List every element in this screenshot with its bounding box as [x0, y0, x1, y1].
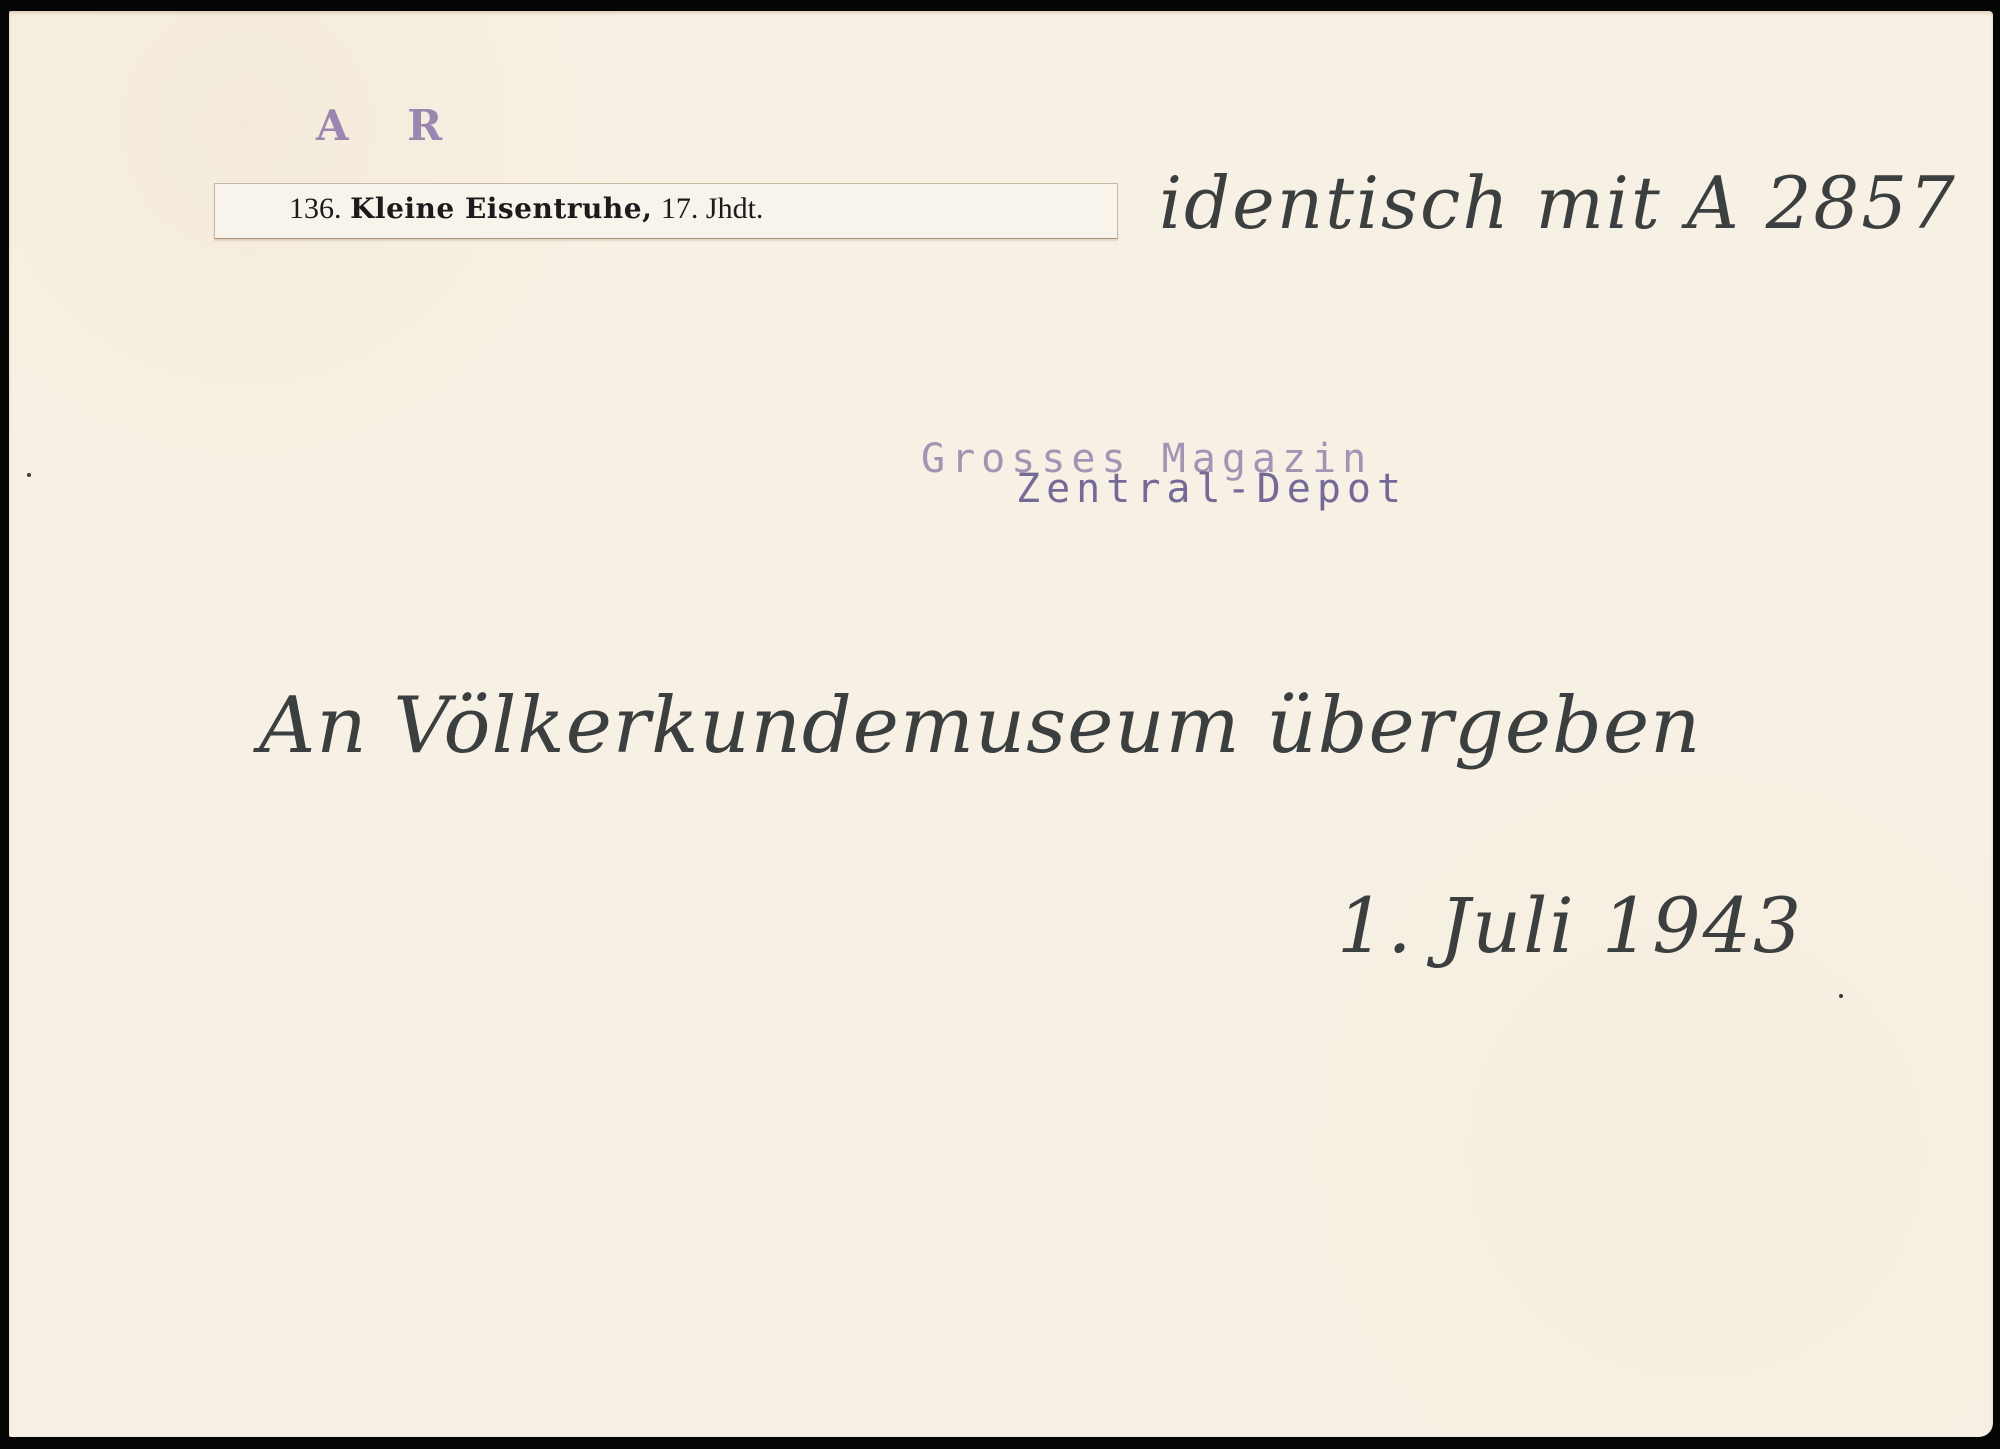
paper-speck: [1839, 994, 1843, 998]
archive-card: A R 136. Kleine Eisentruhe, 17. Jhdt. id…: [9, 11, 1993, 1437]
label-number: 136.: [289, 192, 342, 225]
label-date: 17. Jhdt.: [661, 192, 764, 225]
depot-stamp: Grosses Magazin Zentral-Depot: [921, 439, 1407, 509]
initials-stamp: A R: [316, 101, 464, 150]
handwritten-identity-note: identisch mit A 2857: [1159, 161, 1957, 245]
printed-label-strip: 136. Kleine Eisentruhe, 17. Jhdt.: [214, 183, 1118, 239]
paper-speck: [27, 473, 31, 477]
handwritten-date: 1. Juli 1943: [1337, 881, 1803, 970]
label-text: 136. Kleine Eisentruhe, 17. Jhdt.: [289, 192, 763, 226]
depot-stamp-line2: Zentral-Depot: [1016, 469, 1407, 509]
label-title: Kleine Eisentruhe,: [350, 192, 652, 225]
handwritten-transfer-note: An Völkerkundemuseum übergeben: [259, 681, 1701, 771]
